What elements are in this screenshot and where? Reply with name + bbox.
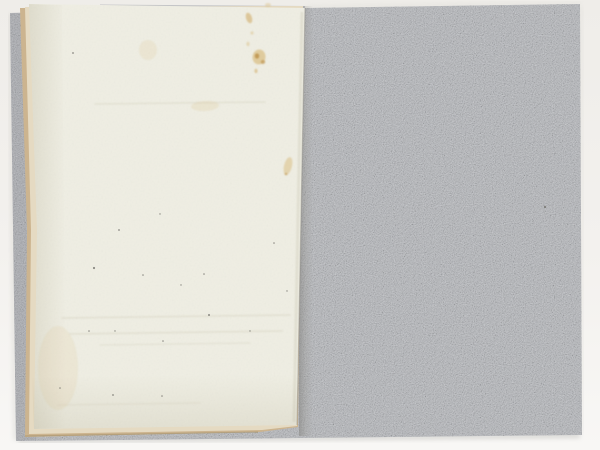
foxing-speck <box>161 395 163 397</box>
stain <box>254 69 257 73</box>
foxing-speck <box>159 213 160 214</box>
foxing-speck <box>59 387 61 389</box>
foxing-speck <box>118 229 120 231</box>
foxing-speck <box>114 330 115 331</box>
stain <box>38 326 78 410</box>
foxing-speck <box>93 267 95 269</box>
archival-booklet-photo <box>0 0 600 450</box>
stain <box>261 60 265 64</box>
foxing-speck <box>249 330 250 331</box>
foxing-speck <box>203 273 205 275</box>
stain <box>250 31 253 34</box>
foxing-speck <box>162 340 164 342</box>
foxing-speck <box>208 314 210 316</box>
foxing-speck <box>286 290 287 291</box>
stain <box>255 53 259 58</box>
booklet-photo-svg <box>0 0 600 450</box>
stain <box>139 40 157 60</box>
foxing-speck <box>88 330 90 332</box>
foxing-speck <box>273 242 275 244</box>
stain <box>265 3 271 7</box>
stain <box>246 42 249 46</box>
foxing-speck <box>180 284 181 285</box>
foxing-speck <box>544 206 546 208</box>
foxing-speck <box>142 274 144 276</box>
foxing-speck <box>112 394 114 396</box>
stain <box>285 173 288 176</box>
foxing-speck <box>72 52 74 54</box>
